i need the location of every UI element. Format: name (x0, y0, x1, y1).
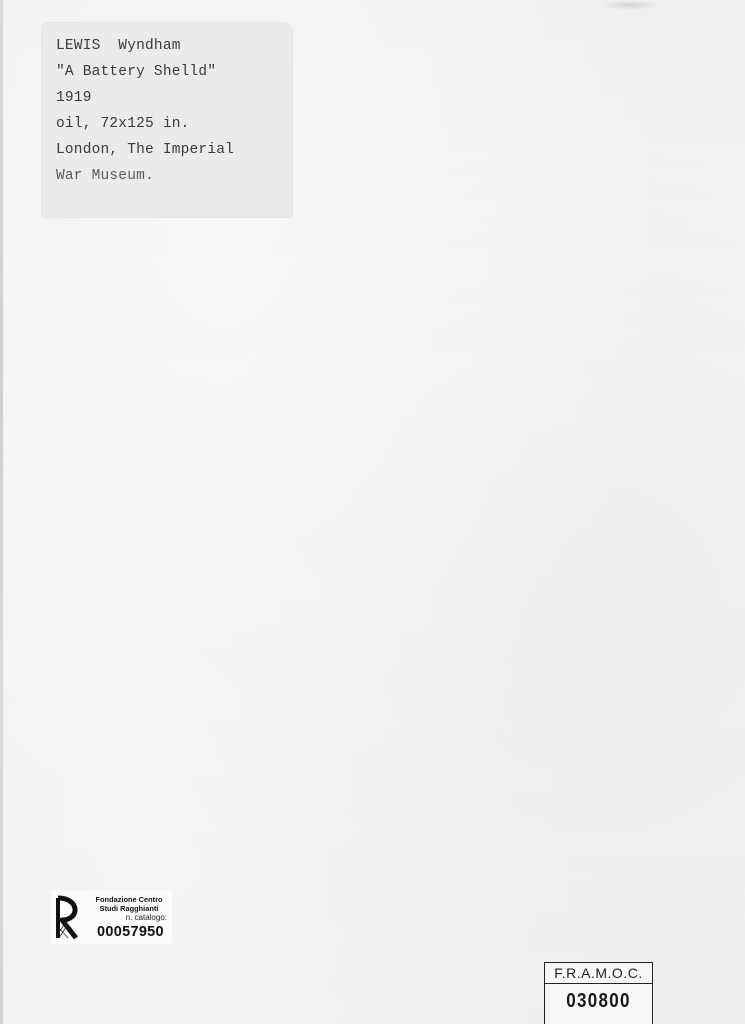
foundation-name-line-1: Fondazione Centro (87, 895, 171, 904)
label-lines: LEWIS Wyndham "A Battery Shelld" 1919 oi… (56, 33, 234, 189)
label-title: "A Battery Shelld" (56, 59, 234, 85)
label-museum: War Museum. (56, 163, 234, 189)
foundation-name-line-2: Studi Ragghianti (87, 904, 171, 913)
framoc-number: 030800 (553, 984, 644, 1018)
catalog-label: n. catalogo: (126, 913, 167, 922)
catalog-number: 00057950 (97, 924, 164, 940)
label-artist: LEWIS Wyndham (56, 33, 234, 59)
framoc-stamp: F.R.A.M.O.C. 030800 (544, 962, 653, 1024)
label-medium-size: oil, 72x125 in. (56, 111, 234, 137)
foundation-catalog-stamp: Fondazione Centro Studi Ragghianti n. ca… (51, 890, 172, 944)
framoc-title: F.R.A.M.O.C. (545, 963, 652, 984)
foundation-name: Fondazione Centro Studi Ragghianti (87, 895, 171, 913)
typewritten-label-card: LEWIS Wyndham "A Battery Shelld" 1919 oi… (42, 23, 292, 217)
label-location: London, The Imperial (56, 137, 234, 163)
paper-left-edge (0, 0, 3, 1024)
paper-smudge (600, 0, 660, 10)
ragghianti-logo-icon (54, 894, 82, 942)
label-year: 1919 (56, 85, 234, 111)
